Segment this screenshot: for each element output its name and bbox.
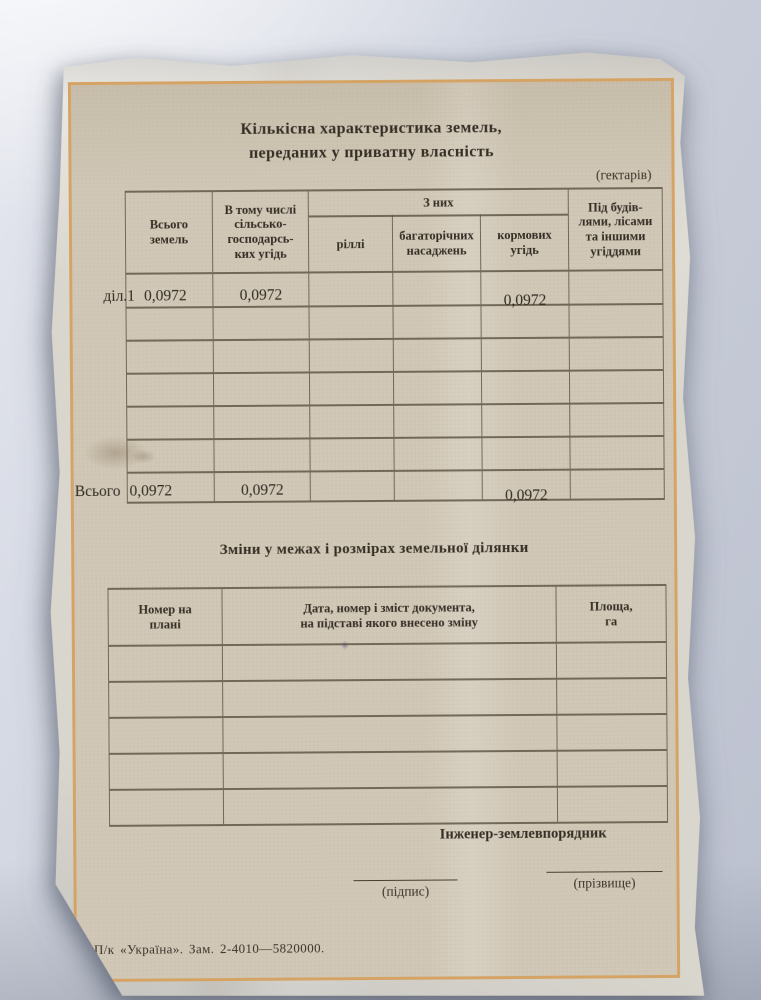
signature-line-label: (підпис) [353, 879, 457, 900]
header-perennial: багаторічних насаджень [392, 215, 480, 272]
page-title: Кількісна характеристика земель, передан… [71, 115, 671, 167]
cell-total-buildings [570, 469, 664, 500]
cell-total-fodder: 0,0972 [482, 470, 570, 501]
table-row-empty [127, 436, 664, 473]
paper-surface: Кількісна характеристика земель, передан… [42, 48, 711, 1000]
engineer-role-label: Інженер-землевпорядник [373, 825, 673, 844]
table-row-empty [109, 750, 667, 790]
cell-plot1-perennial [393, 271, 481, 306]
table-row-empty [126, 304, 663, 341]
header-buildings: Під будів- лями, лісами та іншими угіддя… [568, 188, 663, 271]
changes-table-header: Номер на плані Дата, номер і зміст докум… [108, 585, 666, 646]
table-row: Всього земель В тому числі сільсько- гос… [125, 188, 662, 218]
header-plan-number: Номер на плані [108, 588, 222, 646]
cell-plot1-arable [309, 272, 393, 307]
header-document-info: Дата, номер і зміст документа, на підста… [222, 586, 556, 645]
print-shop-imprint: П/к «Україна». Зам. 2-4010—5820000. [94, 940, 325, 958]
table-row-empty [109, 714, 667, 754]
cell-plot1-total: діл.10,0972 [126, 273, 213, 308]
table-row-empty [108, 642, 666, 682]
header-total: Всього земель [125, 191, 213, 274]
decorative-frame: Кількісна характеристика земель, передан… [68, 78, 680, 982]
header-of-them: З них [308, 189, 568, 217]
table-row-empty [126, 370, 663, 407]
table-row-empty [126, 337, 663, 374]
cell-plot1-agricultural: 0,0972 [213, 272, 309, 307]
header-agricultural: В тому числі сільсько- господарсь- ких у… [212, 190, 309, 273]
cell-total-agricultural: 0,0972 [214, 471, 310, 502]
table-row-empty [109, 786, 667, 826]
header-area: Площа, га [556, 585, 666, 643]
land-table-header: Всього земель В тому числі сільсько- гос… [125, 188, 663, 274]
paper-sheet: Кількісна характеристика земель, передан… [42, 48, 711, 1000]
cell-plot1-fodder: 0,0972 [481, 271, 569, 306]
photo-of-document: { "colors":{"frame_line":"#d5a05c","pape… [0, 0, 761, 1000]
table-row: Номер на плані Дата, номер і зміст докум… [108, 585, 666, 646]
cell-total-perennial [394, 470, 482, 501]
cell-total-arable [310, 471, 394, 502]
changes-table: Номер на плані Дата, номер і зміст докум… [107, 584, 668, 827]
table-row-empty [127, 403, 664, 440]
table-row-empty [109, 678, 667, 718]
land-characteristics-table: Всього земель В тому числі сільсько- гос… [125, 187, 665, 504]
header-arable: ріллі [308, 216, 392, 273]
table-row-plot1: діл.10,0972 0,0972 0,0972 [126, 270, 663, 308]
cell-plot1-buildings [569, 270, 663, 305]
row-label: Всього [75, 483, 121, 500]
changes-section-title: Зміни у межах і розмірах земельної ділян… [74, 539, 674, 560]
header-fodder: кормових угідь [480, 215, 568, 272]
row-label: діл.1 [103, 288, 135, 305]
table-row-totals: Всього0,0972 0,0972 0,0972 [127, 469, 664, 503]
surname-line-label: (прізвище) [546, 871, 662, 892]
cell-total-total: Всього0,0972 [127, 472, 214, 503]
units-note: (гектарів) [596, 167, 652, 183]
